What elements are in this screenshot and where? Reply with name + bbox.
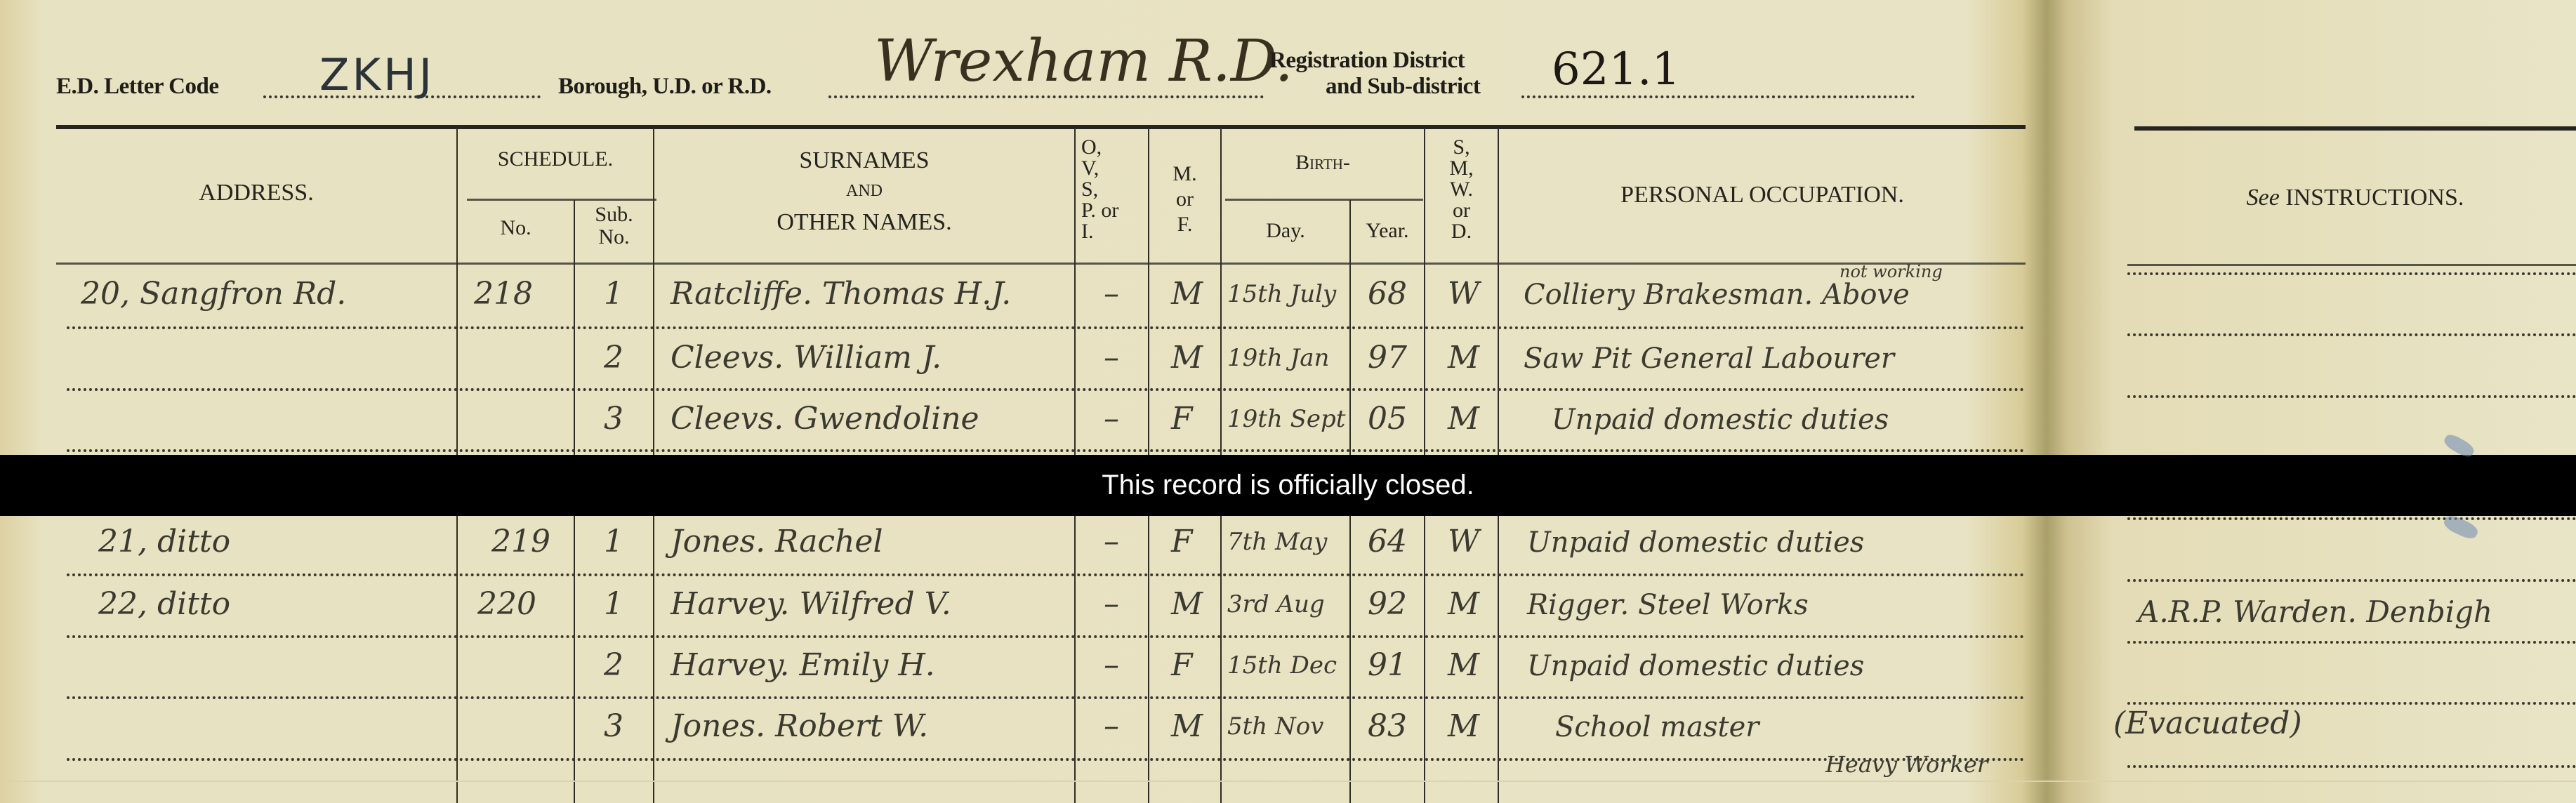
partial-row-note: Heavy Worker [1825,751,1988,778]
row-sub-no: 1 [604,524,623,559]
row-sub-no: 1 [604,586,623,622]
col-header-address: ADDRESS. [56,179,456,206]
names-line2: AND [654,180,1074,204]
ovspi-line1: O, [1081,137,1148,158]
col-header-names: SURNAMES AND OTHER NAMES. [654,142,1074,241]
ovspi-line5: I. [1081,221,1148,242]
col-header-occupation: PERSONAL OCCUPATION. [1499,181,2026,208]
row-ovspi: – [1104,524,1119,559]
closure-notice-text: This record is officially closed. [1102,470,1474,501]
marital-line2: M, [1425,158,1498,179]
col-header-instructions: See INSTRUCTIONS. [2134,184,2576,211]
image-seam [0,781,2576,782]
row-occupation: Unpaid domestic duties [1552,404,1889,436]
right-row-line [2127,641,2576,644]
row-name: Cleevs. Gwendoline [671,401,979,437]
instructions-see: See [2247,185,2280,211]
ed-letter-code-value: ZKHJ [319,49,435,100]
row-sex: M [1171,586,1203,622]
ovspi-line4: P. or [1081,200,1148,221]
col-header-birth-day: Day. [1222,219,1349,244]
row-birth-year: 64 [1368,524,1407,559]
row-name: Jones. Robert W. [671,708,928,744]
closure-notice-bar: This record is officially closed. [0,455,2576,516]
row-schedule-no: 218 [474,276,533,312]
row-name: Jones. Rachel [671,524,883,559]
row-schedule-no: 220 [477,586,536,622]
row-sex: F [1171,647,1193,683]
row-ovspi: – [1104,401,1119,437]
col-header-marital: S, M, W. or D. [1425,137,1498,242]
row-sex: F [1171,401,1193,437]
sex-line3: F. [1149,212,1220,237]
sex-line1: M. [1149,161,1220,187]
names-line1: SURNAMES [654,142,1074,180]
row-marital: M [1448,340,1479,376]
row-remark: A.R.P. Warden. Denbigh [2138,595,2492,629]
names-line3: OTHER NAMES. [654,204,1074,241]
row-birth-day: 3rd Aug [1227,590,1325,618]
col-header-birth-year: Year. [1351,219,1424,244]
borough-label: Borough, U.D. or R.D. [558,74,772,100]
ovspi-line2: V, [1081,158,1148,179]
register-row: 3 Cleevs. Gwendoline – F 19th Sept 05 M … [0,392,2026,450]
register-row: 22, ditto 220 1 Harvey. Wilfred V. – M 3… [0,580,2576,637]
row-name: Ratcliffe. Thomas H.J. [671,276,1011,312]
col-header-birth: Birth- [1222,151,1424,175]
row-occupation: School master [1555,711,1759,743]
borough-dotline [828,95,1264,98]
ed-letter-code-label: E.D. Letter Code [56,74,219,100]
col-header-sub-no: Sub. No. [575,204,653,248]
sub-no-line2: No. [575,226,653,248]
row-marital: M [1448,401,1479,437]
row-birth-year: 97 [1368,340,1407,376]
schedule-sub-rule [467,199,656,201]
row-birth-year: 05 [1368,401,1407,437]
header-bottom-rule [56,263,2026,265]
row-occupation-note: not working [1839,262,1943,281]
registration-value: 621.1 [1552,44,1680,95]
row-ovspi: – [1104,586,1119,622]
right-header-top-rule [2134,126,2576,131]
row-sex: M [1171,340,1203,376]
register-row: 21, ditto 219 1 Jones. Rachel – F 7th Ma… [0,519,2026,576]
register-row: 20, Sangfron Rd. 218 1 Ratcliffe. Thomas… [0,270,2026,328]
borough-value: Wrexham R.D. [874,28,1293,95]
marital-line3: W. [1425,179,1498,200]
right-row-line [2127,517,2576,520]
row-remark: (Evacuated) [2113,705,2302,741]
row-birth-year: 92 [1368,586,1407,622]
marital-line1: S, [1425,137,1498,158]
sex-line2: or [1149,187,1220,212]
row-birth-day: 19th Jan [1227,344,1329,372]
register-row: 2 Harvey. Emily H. – F 15th Dec 91 M Unp… [0,642,2026,698]
row-birth-day: 5th Nov [1227,712,1323,741]
col-header-ovspi: O, V, S, P. or I. [1081,137,1148,242]
row-address: 20, Sangfron Rd. [81,276,346,312]
row-name: Cleevs. William J. [671,340,942,376]
right-row-line [2127,395,2576,398]
row-marital: W [1448,524,1479,559]
row-ovspi: – [1104,647,1119,683]
marital-line4: or [1425,200,1498,221]
registration-dotline [1521,95,1915,98]
row-name: Harvey. Wilfred V. [671,586,951,622]
row-schedule-no: 219 [491,524,550,559]
sub-no-line1: Sub. [575,204,653,226]
row-address: 21, ditto [98,524,230,559]
row-birth-day: 7th May [1227,528,1327,556]
row-occupation: Unpaid domestic duties [1527,526,1864,559]
row-ovspi: – [1104,340,1119,376]
right-row-line [2127,272,2576,275]
col-header-schedule-no: No. [458,216,574,241]
birth-sub-rule [1225,199,1423,201]
row-occupation: Colliery Brakesman. Above [1524,279,1910,311]
row-marital: M [1448,708,1479,744]
row-marital: W [1448,276,1479,312]
row-ovspi: – [1104,276,1119,312]
header-top-rule [56,125,2026,129]
row-address: 22, ditto [98,586,230,622]
row-birth-year: 83 [1368,708,1407,744]
col-header-sex: M. or F. [1149,161,1220,237]
row-name: Harvey. Emily H. [671,647,935,683]
row-birth-day: 15th July [1227,280,1336,308]
registration-label-line2: and Sub-district [1326,74,1480,100]
instructions-text: INSTRUCTIONS. [2285,185,2464,211]
row-sex: F [1171,524,1193,559]
register-row: 2 Cleevs. William J. – M 19th Jan 97 M S… [0,331,2026,389]
right-header-bottom-rule [2127,264,2576,266]
row-sub-no: 2 [604,340,623,376]
ovspi-line3: S, [1081,179,1148,200]
row-ovspi: – [1104,708,1119,744]
row-occupation: Saw Pit General Labourer [1524,343,1894,375]
row-sex: M [1171,276,1203,312]
registration-label-line1: Registration District [1269,48,1465,74]
register-row: 3 Jones. Robert W. – M 5th Nov 83 M Scho… [0,703,2576,759]
right-row-line [2127,333,2576,336]
row-birth-day: 15th Dec [1227,651,1337,679]
row-marital: M [1448,647,1479,683]
row-birth-year: 91 [1368,647,1407,683]
row-sex: M [1171,708,1203,744]
right-row-line [2127,765,2576,768]
row-sub-no: 3 [604,708,623,744]
row-occupation: Unpaid domestic duties [1527,650,1864,682]
row-sub-no: 2 [604,647,623,683]
row-sub-no: 1 [604,276,623,312]
row-marital: M [1448,586,1479,622]
col-header-schedule: SCHEDULE. [458,147,653,172]
marital-line5: D. [1425,221,1498,242]
row-birth-year: 68 [1368,276,1407,312]
row-sub-no: 3 [604,401,623,437]
row-occupation: Rigger. Steel Works [1527,589,1809,621]
row-birth-day: 19th Sept [1227,405,1345,433]
